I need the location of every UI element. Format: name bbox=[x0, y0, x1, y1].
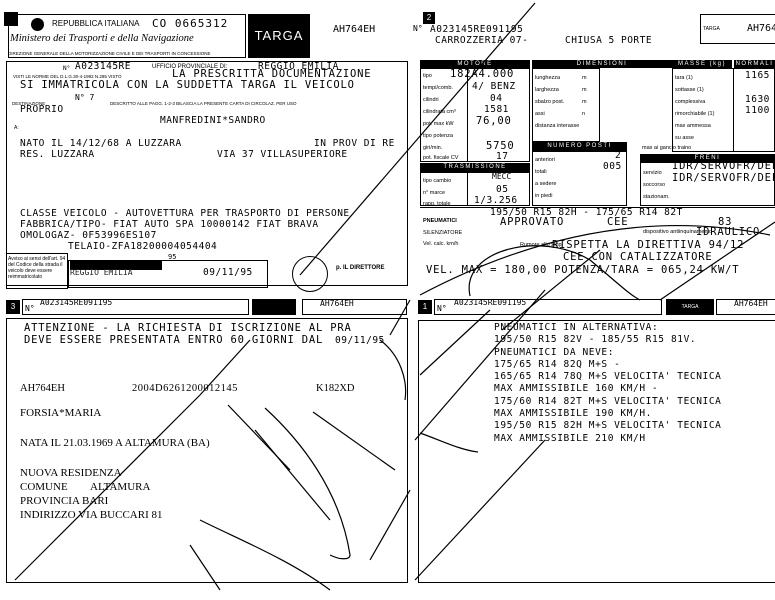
pen-strike-overlay bbox=[0, 0, 775, 600]
